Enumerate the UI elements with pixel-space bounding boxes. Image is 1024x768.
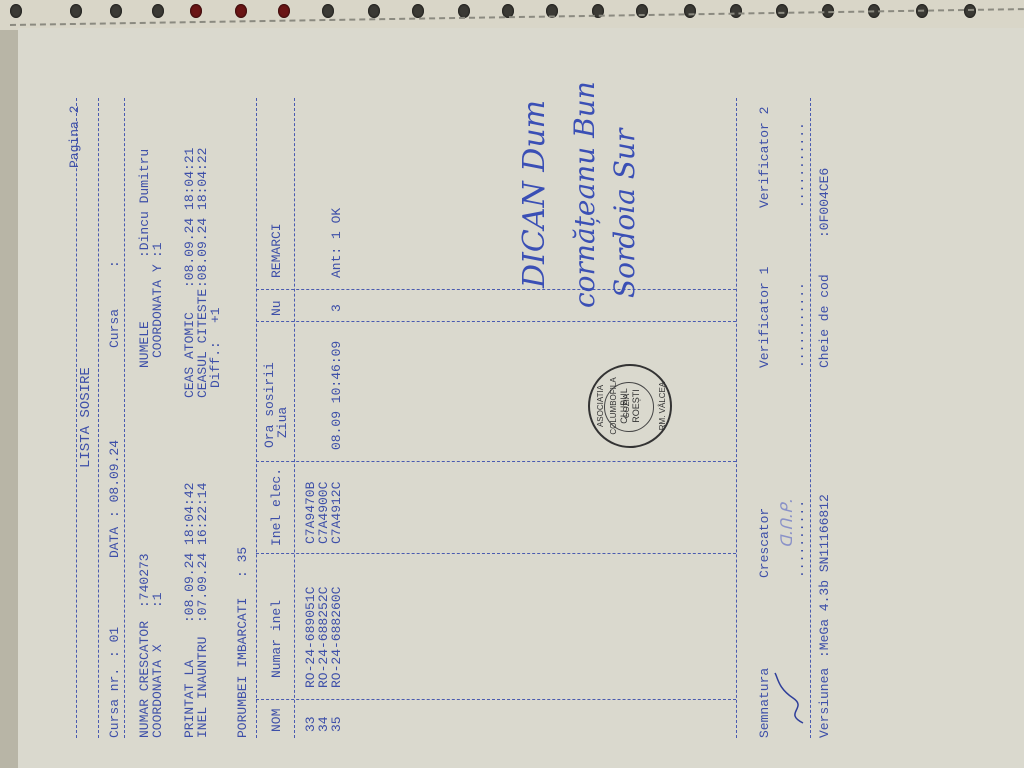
versiunea-value: :MeGa 4.3b SN11166812 [818,494,831,658]
semnatura-label: Semnatura [758,668,771,738]
col-header-remarci: REMARCI [270,223,283,278]
inel-inauntru-label: INEL INAUNTRU [196,637,209,738]
crescator-label: Crescator [758,508,771,578]
binder-hole-icon [10,4,22,18]
porumbei-imbarcati-value: : 35 [236,547,249,578]
col-header-numar-inel: Numar inel [270,600,283,678]
table-header-border [294,98,295,738]
divider [124,98,125,738]
page-number: Pagina 2 [68,106,81,168]
binder-hole-icon [368,4,380,18]
ceasul-citeste-value: :08.09.24 18:04:22 [196,148,209,288]
verificator-2-signature-line: ........... [793,122,806,208]
cheie-de-cod-value: :0F004CE6 [818,168,831,238]
column-divider [256,321,736,322]
binder-hole-icon [70,4,82,18]
coordonata-x-label: COORDONATA X [151,644,164,738]
col-header-nu: Nu [270,300,283,316]
binder-hole-icon [235,4,247,18]
crescator-signature: ᗡ.ᑎ.ᑭ. [780,499,793,548]
handwritten-note-line-1: DICAN Dum [528,100,541,288]
column-divider [256,699,736,700]
coordonata-y-value: :1 [151,242,164,258]
column-divider [256,461,736,462]
handwritten-note-line-3: Sordoia Sur [618,129,631,298]
data-value: : 08.09.24 [108,440,121,518]
row-nu: 3 [330,304,343,312]
col-header-nom: NOM [270,709,283,732]
diff-label: Diff.: [209,341,222,388]
printed-page: LISTA SOSIRE Pagina 2 Cursa nr. : 01 DAT… [18,28,1024,768]
inel-inauntru-value: :07.09.24 16:22:14 [196,483,209,623]
divider [76,98,77,738]
row-numar-inel: RO-24-688260C [330,587,343,688]
binder-hole-icon [190,4,202,18]
curse-nr-value: : 01 [108,627,121,658]
row-ziua-ora: 08.09 10:46:09 [330,341,343,450]
binder-hole-icon [684,4,696,18]
row-inel-elec: C7A4912C [330,482,343,544]
coordonata-x-value: :1 [151,592,164,608]
stamp-club-name: ROEȘTI [630,366,643,446]
cursa-value: : [108,260,121,268]
row-nom: 35 [330,716,343,732]
perforated-strip [0,0,1024,30]
porumbei-imbarcati-label: PORUMBEI IMBARCATI [236,598,249,738]
divider [98,98,99,738]
verificator-1-signature-line: ........... [793,282,806,368]
binder-hole-icon [412,4,424,18]
club-stamp: ASOCIATIA COLUMBOFILA COZIA CLUBUL ROEȘT… [588,364,672,448]
divider [810,98,811,738]
binder-hole-icon [110,4,122,18]
data-label: DATA [108,527,121,558]
diff-value: +1 [209,307,222,323]
col-header-ziua: Ziua [276,407,289,438]
cursa-label: Cursa [108,309,121,348]
binder-hole-icon [278,4,290,18]
binder-hole-icon [730,4,742,18]
table-bottom-border [736,98,737,738]
binder-hole-icon [322,4,334,18]
document-title: LISTA SOSIRE [80,367,93,468]
binder-hole-icon [964,4,976,18]
versiunea-label: Versiunea [818,668,831,738]
row-remarci: Ant: 1 OK [330,208,343,278]
table-top-border [256,98,257,738]
col-header-inel-elec: Inel elec. [270,468,283,546]
column-divider [256,553,736,554]
binder-hole-icon [152,4,164,18]
stamp-bottom-text: RM. VÂLCEA [656,366,669,446]
handwritten-note-line-2: cornățeanu Bun [578,81,591,308]
cheie-de-cod-label: Cheie de cod [818,274,831,368]
signature-scribble-icon [773,668,813,728]
column-divider [256,289,736,290]
curse-nr-label: Cursa nr. [108,668,121,738]
arrival-list-sheet: LISTA SOSIRE Pagina 2 Cursa nr. : 01 DAT… [58,68,858,768]
verificator-1-label: Verificator 1 [758,267,771,368]
verificator-2-label: Verificator 2 [758,107,771,208]
coordonata-y-label: COORDONATA Y [151,264,164,358]
